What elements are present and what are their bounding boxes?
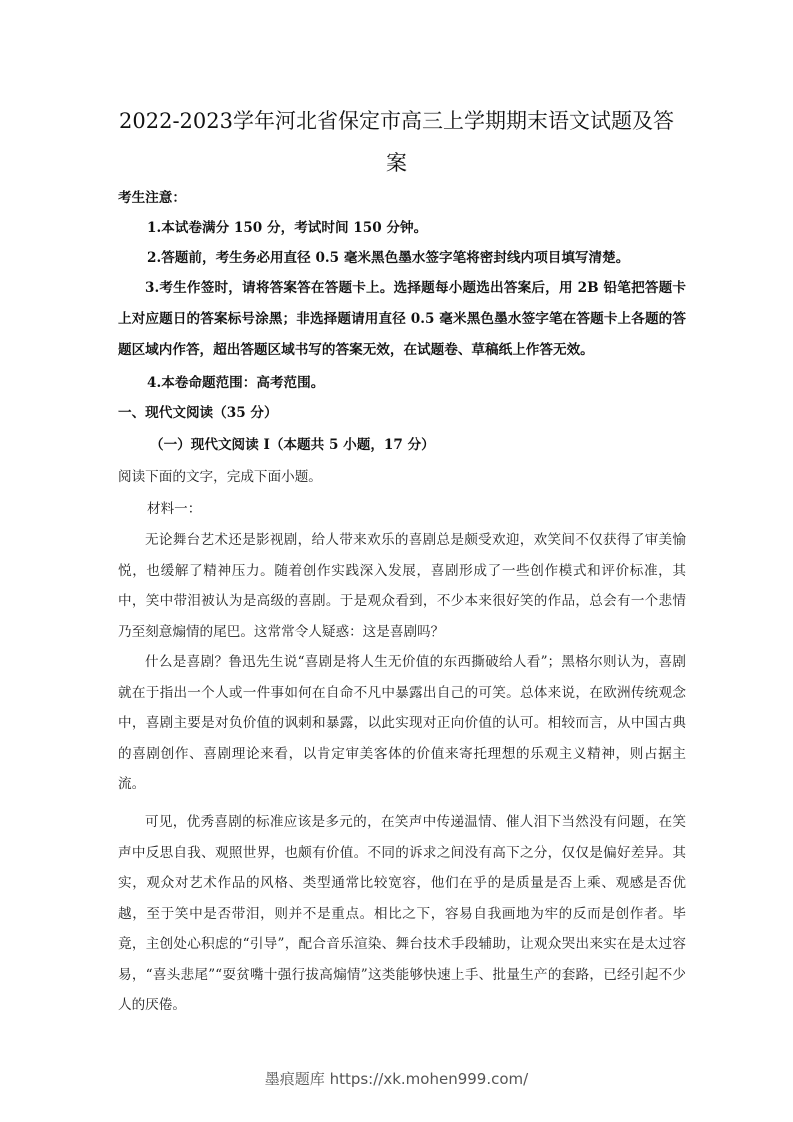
- material-label: 材料一：: [147, 494, 201, 524]
- paragraph-3: 可见，优秀喜剧的标准应该是多元的，在笑声中传递温情、催人泪下当然没有问题，在笑声…: [118, 807, 686, 1021]
- watermark-footer: 墨痕题库 https://xk.mohen999.com/: [0, 1068, 793, 1089]
- paragraph-1: 无论舞台艺术还是影视剧，给人带来欢乐的喜剧总是颇受欢迎，欢笑间不仅获得了审美愉悦…: [118, 525, 686, 647]
- document-title: 2022-2023学年河北省保定市高三上学期期末语文试题及答案: [110, 100, 683, 184]
- notice-heading: 考生注意：: [118, 183, 186, 213]
- notice-item-2: 2.答题前，考生务必用直径 0.5 毫米黑色墨水签字笔将密封线内项目填写清楚。: [147, 243, 629, 273]
- document-page: 2022-2023学年河北省保定市高三上学期期末语文试题及答案 考生注意： 1.…: [0, 0, 793, 1122]
- notice-item-1: 1.本试卷满分 150 分，考试时间 150 分钟。: [147, 213, 427, 243]
- notice-item-3: 3.考生作签时，请将答案答在答题卡上。选择题每小题选出答案后，用 2B 铅笔把答…: [118, 273, 686, 366]
- notice-item-4: 4.本卷命题范围：高考范围。: [147, 368, 324, 398]
- section-subheading: （一）现代文阅读 I（本题共 5 小题，17 分）: [150, 430, 435, 460]
- section-heading: 一、现代文阅读（35 分）: [118, 398, 278, 428]
- paragraph-2: 什么是喜剧？鲁迅先生说“喜剧是将人生无价值的东西撕破给人看”；黑格尔则认为，喜剧…: [118, 647, 686, 800]
- reading-instruction: 阅读下面的文字，完成下面小题。: [118, 462, 322, 492]
